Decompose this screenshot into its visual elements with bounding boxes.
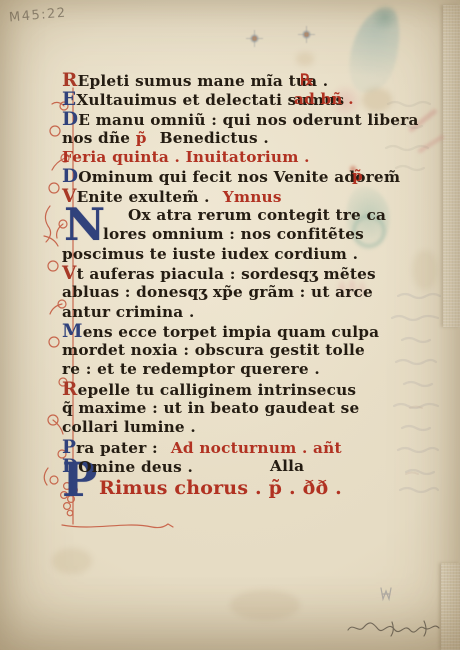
- body-text: Omine deus .: [78, 458, 193, 476]
- pencil-shelfmark: M45:22: [8, 6, 67, 26]
- illuminated-initial: R: [62, 379, 78, 400]
- body-text: Enite exultem̃ .: [77, 188, 210, 206]
- faded-foliage-stroke: [417, 134, 445, 153]
- rubric-text: Rimus chorus . p̃ . ðð .: [99, 477, 342, 499]
- text-line: lores omnium : nos confitẽtes: [62, 225, 398, 244]
- text-line: Repelle tu calliginem intrinsecus: [62, 380, 398, 399]
- rubric-text: p̃: [352, 167, 363, 186]
- text-line: Vt auferas piacula : sordesqʒ mẽtes: [62, 264, 398, 283]
- text-line: Pra pater :Ad nocturnum . añt: [62, 438, 398, 457]
- text-line: abluas : donesqʒ xp̃e grãm : ut arce: [62, 283, 398, 302]
- illuminated-initial: D: [62, 166, 78, 187]
- body-text: Ox atra rerum contegit tre ca: [128, 206, 386, 224]
- body-text: lores omnium : nos confitẽtes: [103, 225, 364, 243]
- text-block: N P REpleti sumus mane mĩa tua .℞EXultau…: [62, 71, 398, 503]
- illuminated-initial: V: [62, 186, 77, 207]
- text-line: antur crimina .: [62, 303, 398, 322]
- body-text: mordet noxia : obscura gestit tolle: [62, 341, 365, 359]
- text-line: DOmine deus .Alla: [62, 457, 398, 476]
- rubric-text: Ad nocturnum . añt: [171, 439, 342, 457]
- collector-signature-scribble: [346, 616, 442, 640]
- text-line: mordet noxia : obscura gestit tolle: [62, 341, 398, 360]
- body-text: ra pater :: [76, 439, 158, 457]
- mat-edge-strip-bottom: [441, 563, 460, 650]
- body-text: Benedictus .: [160, 129, 269, 147]
- illuminated-initial: E: [62, 89, 76, 110]
- text-lines: REpleti sumus mane mĩa tua .℞EXultauimus…: [62, 71, 398, 503]
- text-line: REpleti sumus mane mĩa tua .℞: [62, 71, 398, 90]
- body-text: collari lumine .: [62, 418, 196, 436]
- body-text: abluas : donesqʒ xp̃e grãm : ut arce: [62, 283, 373, 301]
- body-text: nos dñe: [62, 129, 136, 147]
- text-line: EXultauimus et delectati sumusad bñ .: [62, 90, 398, 109]
- body-text: Alla: [270, 457, 304, 476]
- text-line: q̃ maxime : ut in beato gaudeat se: [62, 399, 398, 418]
- parchment-stain: [412, 250, 438, 290]
- illuminated-initial: D: [62, 456, 78, 477]
- text-line: collari lumine .: [62, 418, 398, 437]
- text-line: Feria quinta . Inuitatorium .: [62, 148, 398, 167]
- manuscript-leaf-photo: M45:22: [0, 0, 460, 650]
- rubric-text: Ymnus: [223, 188, 282, 206]
- text-line: Mens ecce torpet impia quam culpa: [62, 322, 398, 341]
- rubric-text: ℞: [300, 71, 314, 90]
- stamp-monogram: [379, 586, 393, 602]
- illuminated-initial: R: [62, 70, 78, 91]
- body-text: ens ecce torpet impia quam culpa: [83, 323, 380, 341]
- illuminated-initial: M: [62, 321, 83, 342]
- text-line: poscimus te iuste iudex cordium .: [62, 245, 398, 264]
- body-text: epelle tu calliginem intrinsecus: [78, 381, 357, 399]
- body-text: t auferas piacula : sordesqʒ mẽtes: [77, 265, 376, 283]
- rubric-text: Feria quinta . Inuitatorium .: [62, 148, 310, 166]
- mat-edge-strip-top: [443, 5, 460, 327]
- star-ornament-icon: [249, 33, 260, 44]
- star-ornament-icon: [301, 29, 312, 40]
- text-line: Ox atra rerum contegit tre ca: [62, 206, 398, 225]
- parchment-stain: [230, 590, 300, 620]
- body-text: antur crimina .: [62, 303, 194, 321]
- body-text: Epleti sumus mane mĩa tua .: [78, 72, 329, 90]
- body-text: poscimus te iuste iudex cordium .: [62, 245, 358, 263]
- rubric-text: p̃: [136, 129, 147, 147]
- illuminated-initial: D: [62, 109, 78, 130]
- parchment-stain: [52, 548, 92, 574]
- text-line: nos dñe p̃Benedictus .: [62, 129, 398, 148]
- illuminated-initial: V: [62, 263, 77, 284]
- text-line: DOminum qui fecit nos Venite adorem̃p̃: [62, 167, 398, 186]
- faded-foliage-swirl: [372, 2, 398, 32]
- text-line: VEnite exultem̃ .Ymnus: [62, 187, 398, 206]
- illuminated-initial: P: [62, 437, 76, 458]
- body-text: E manu omniũ : qui nos oderunt libera: [78, 111, 418, 129]
- text-line: re : et te redemptor querere .: [62, 360, 398, 379]
- text-line: Rimus chorus . p̃ . ðð .: [62, 476, 398, 503]
- parchment-stain: [296, 52, 314, 66]
- rubric-text: ad bñ .: [294, 90, 354, 109]
- body-text: q̃ maxime : ut in beato gaudeat se: [62, 399, 359, 417]
- text-line: DE manu omniũ : qui nos oderunt libera: [62, 110, 398, 129]
- body-text: re : et te redemptor querere .: [62, 360, 320, 378]
